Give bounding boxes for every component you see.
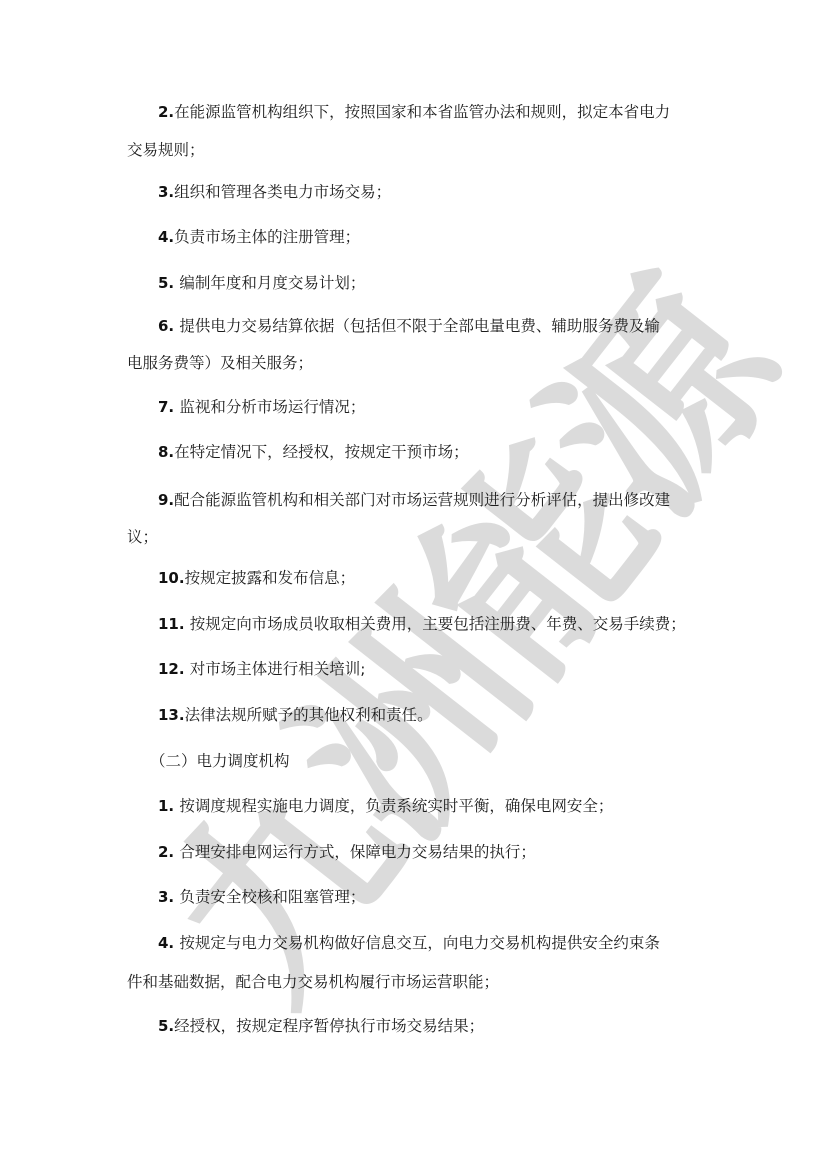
paragraph-line: 12. 对市场主体进行相关培训;: [158, 659, 366, 679]
item-number: 8.: [158, 443, 174, 461]
paragraph-continuation: 件和基础数据，配合电力交易机构履行市场运营职能；: [127, 972, 499, 992]
item-number: 5.: [158, 1017, 174, 1035]
item-number: 6.: [158, 317, 179, 335]
item-text: 负责市场主体的注册管理；: [174, 228, 360, 246]
paragraph-line: 11. 按规定向市场成员收取相关费用，主要包括注册费、年费、交易手续费；: [158, 614, 686, 634]
item-text: 法律法规所赋予的其他权利和责任。: [185, 706, 433, 724]
paragraph-line: 4.负责市场主体的注册管理；: [158, 227, 360, 247]
paragraph-line: 5.经授权，按规定程序暂停执行市场交易结果；: [158, 1016, 484, 1036]
document-page: 九洲能源 2.在能源监管机构组织下，按照国家和本省监管办法和规则，拟定本省电力 …: [0, 0, 826, 1169]
item-text: 议；: [127, 528, 158, 546]
item-text: 在特定情况下，经授权，按规定干预市场；: [174, 443, 469, 461]
item-number: 10.: [158, 569, 185, 587]
item-text: 按规定与电力交易机构做好信息交互，向电力交易机构提供安全约束条: [179, 934, 660, 952]
item-number: 2.: [158, 843, 179, 861]
item-number: 9.: [158, 491, 174, 509]
item-number: 3.: [158, 888, 179, 906]
item-number: 5.: [158, 274, 179, 292]
item-number: 4.: [158, 228, 174, 246]
item-number: 12.: [158, 660, 190, 678]
item-number: 13.: [158, 706, 185, 724]
item-number: 4.: [158, 934, 179, 952]
paragraph-line: 3.组织和管理各类电力市场交易；: [158, 182, 391, 202]
item-text: 在能源监管机构组织下，按照国家和本省监管办法和规则，拟定本省电力: [174, 103, 670, 121]
paragraph-line: 13.法律法规所赋予的其他权利和责任。: [158, 705, 433, 725]
paragraph-line: 1. 按调度规程实施电力调度，负责系统实时平衡，确保电网安全；: [158, 796, 613, 816]
item-text: 对市场主体进行相关培训;: [190, 660, 366, 678]
item-text: 交易规则；: [127, 141, 205, 159]
item-text: 监视和分析市场运行情况；: [179, 398, 365, 416]
paragraph-line: 9.配合能源监管机构和相关部门对市场运营规则进行分析评估，提出修改建: [158, 490, 670, 510]
item-number: 11.: [158, 615, 190, 633]
item-number: 7.: [158, 398, 179, 416]
paragraph-line: 5. 编制年度和月度交易计划；: [158, 273, 365, 293]
item-text: 合理安排电网运行方式，保障电力交易结果的执行；: [179, 843, 536, 861]
item-text: 按规定向市场成员收取相关费用，主要包括注册费、年费、交易手续费；: [190, 615, 686, 633]
item-text: 经授权，按规定程序暂停执行市场交易结果；: [174, 1017, 484, 1035]
item-text: 编制年度和月度交易计划；: [179, 274, 365, 292]
paragraph-line: 8.在特定情况下，经授权，按规定干预市场；: [158, 442, 469, 462]
paragraph-line: 3. 负责安全校核和阻塞管理；: [158, 887, 365, 907]
paragraph-line: 2. 合理安排电网运行方式，保障电力交易结果的执行；: [158, 842, 536, 862]
paragraph-continuation: 电服务费等）及相关服务；: [127, 353, 313, 373]
item-text: 负责安全校核和阻塞管理；: [179, 888, 365, 906]
paragraph-continuation: 议；: [127, 527, 158, 547]
item-number: 3.: [158, 183, 174, 201]
paragraph-continuation: 交易规则；: [127, 140, 205, 160]
paragraph-line: 10.按规定披露和发布信息；: [158, 568, 355, 588]
item-text: 按调度规程实施电力调度，负责系统实时平衡，确保电网安全；: [179, 797, 613, 815]
paragraph-line: 4. 按规定与电力交易机构做好信息交互，向电力交易机构提供安全约束条: [158, 933, 660, 953]
section-heading: （二）电力调度机构: [150, 751, 290, 771]
item-number: 1.: [158, 797, 179, 815]
item-text: 件和基础数据，配合电力交易机构履行市场运营职能；: [127, 973, 499, 991]
item-text: 组织和管理各类电力市场交易；: [174, 183, 391, 201]
item-number: 2.: [158, 103, 174, 121]
paragraph-line: 6. 提供电力交易结算依据（包括但不限于全部电量电费、辅助服务费及输: [158, 316, 660, 336]
item-text: 提供电力交易结算依据（包括但不限于全部电量电费、辅助服务费及输: [179, 317, 660, 335]
item-text: 按规定披露和发布信息；: [185, 569, 356, 587]
paragraph-line: 2.在能源监管机构组织下，按照国家和本省监管办法和规则，拟定本省电力: [158, 102, 670, 122]
paragraph-line: 7. 监视和分析市场运行情况；: [158, 397, 365, 417]
item-text: 电服务费等）及相关服务；: [127, 354, 313, 372]
section-heading-text: （二）电力调度机构: [150, 752, 290, 770]
item-text: 配合能源监管机构和相关部门对市场运营规则进行分析评估，提出修改建: [174, 491, 670, 509]
